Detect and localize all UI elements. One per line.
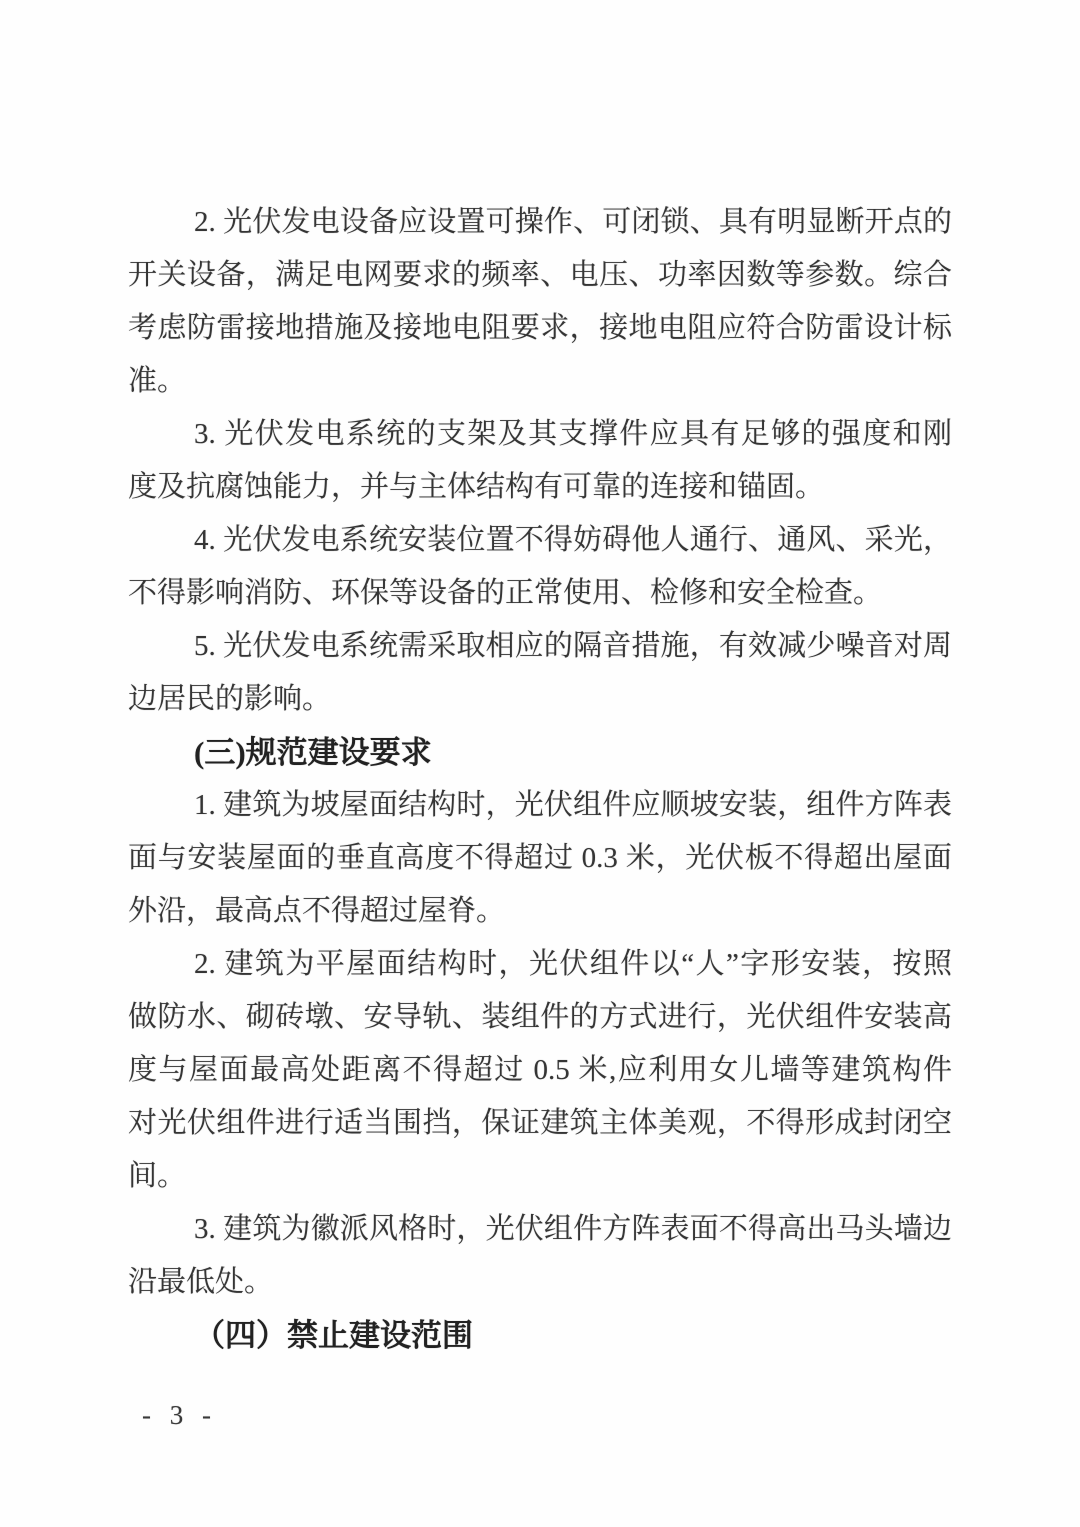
page-number: - 3 - — [142, 1400, 217, 1431]
text-line: 边居民的影响。 — [128, 673, 952, 726]
text-line: 2. 光伏发电设备应设置可操作、可闭锁、具有明显断开点的 — [128, 196, 952, 249]
text-line: 沿最低处。 — [128, 1256, 952, 1309]
document-content: 2. 光伏发电设备应设置可操作、可闭锁、具有明显断开点的开关设备，满足电网要求的… — [128, 196, 952, 1362]
text-line: 度与屋面最高处距离不得超过 0.5 米,应利用女儿墙等建筑构件 — [128, 1044, 952, 1097]
text-line: 面与安装屋面的垂直高度不得超过 0.3 米，光伏板不得超出屋面 — [128, 832, 952, 885]
section-heading: (三)规范建设要求 — [128, 726, 952, 779]
text-line: 1. 建筑为坡屋面结构时，光伏组件应顺坡安装，组件方阵表 — [128, 779, 952, 832]
document-page: 2. 光伏发电设备应设置可操作、可闭锁、具有明显断开点的开关设备，满足电网要求的… — [0, 0, 1080, 1527]
text-line: 间。 — [128, 1150, 952, 1203]
text-line: 2. 建筑为平屋面结构时，光伏组件以“人”字形安装，按照 — [128, 938, 952, 991]
text-line: 4. 光伏发电系统安装位置不得妨碍他人通行、通风、采光， — [128, 514, 952, 567]
text-line: 5. 光伏发电系统需采取相应的隔音措施，有效减少噪音对周 — [128, 620, 952, 673]
text-line: 3. 光伏发电系统的支架及其支撑件应具有足够的强度和刚 — [128, 408, 952, 461]
text-line: 准。 — [128, 355, 952, 408]
text-line: 外沿，最高点不得超过屋脊。 — [128, 885, 952, 938]
text-line: 开关设备，满足电网要求的频率、电压、功率因数等参数。综合 — [128, 249, 952, 302]
section-heading: （四）禁止建设范围 — [128, 1309, 952, 1362]
text-line: 不得影响消防、环保等设备的正常使用、检修和安全检查。 — [128, 567, 952, 620]
text-line: 度及抗腐蚀能力，并与主体结构有可靠的连接和锚固。 — [128, 461, 952, 514]
text-line: 3. 建筑为徽派风格时，光伏组件方阵表面不得高出马头墙边 — [128, 1203, 952, 1256]
text-line: 考虑防雷接地措施及接地电阻要求，接地电阻应符合防雷设计标 — [128, 302, 952, 355]
text-line: 对光伏组件进行适当围挡，保证建筑主体美观，不得形成封闭空 — [128, 1097, 952, 1150]
text-line: 做防水、砌砖墩、安导轨、装组件的方式进行，光伏组件安装高 — [128, 991, 952, 1044]
